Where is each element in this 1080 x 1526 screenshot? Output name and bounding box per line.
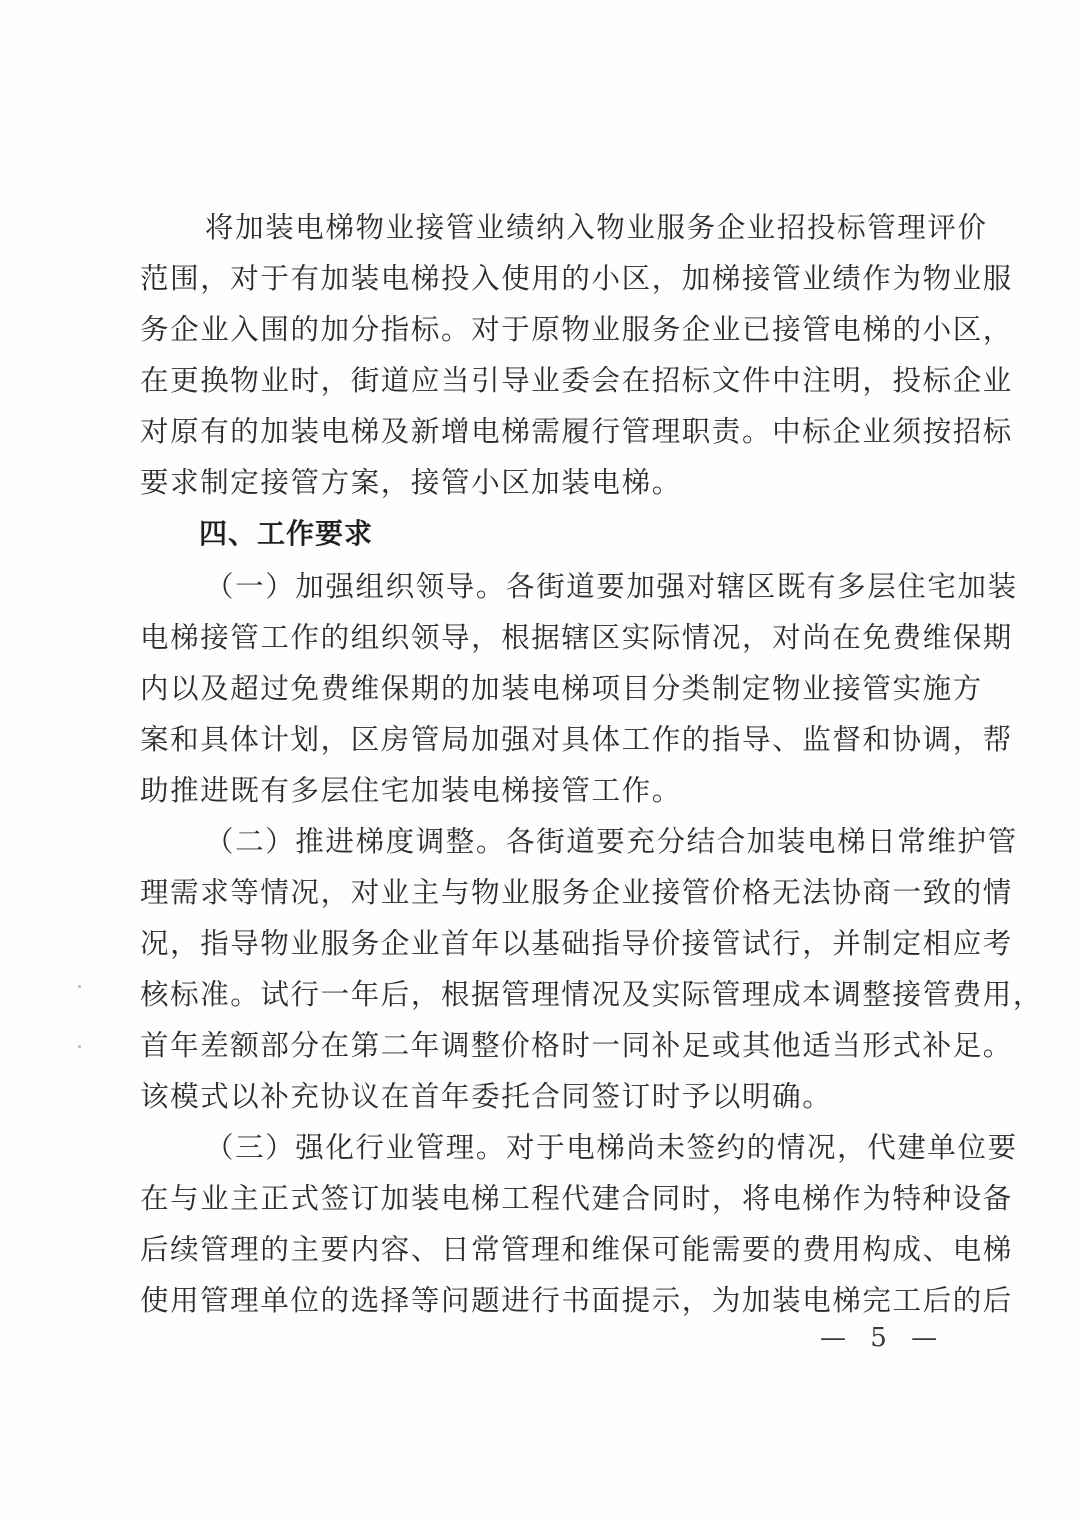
page-number: — 5 — bbox=[820, 1320, 945, 1356]
scan-speck bbox=[78, 985, 81, 988]
section-heading: 四、工作要求 bbox=[199, 514, 373, 554]
paragraph-line: 况，指导物业服务企业首年以基础指导价接管试行，并制定相应考 bbox=[140, 924, 960, 964]
paragraph-line: 务企业入围的加分指标。对于原物业服务企业已接管电梯的小区， bbox=[140, 310, 960, 350]
paragraph-line: 将加装电梯物业接管业绩纳入物业服务企业招投标管理评价 bbox=[205, 208, 960, 248]
paragraph-line: （一）加强组织领导。各街道要加强对辖区既有多层住宅加装 bbox=[205, 567, 960, 607]
paragraph-line: （三）强化行业管理。对于电梯尚未签约的情况，代建单位要 bbox=[205, 1128, 960, 1168]
document-page: 将加装电梯物业接管业绩纳入物业服务企业招投标管理评价 范围，对于有加装电梯投入使… bbox=[0, 0, 1080, 1526]
paragraph-line: 内以及超过免费维保期的加装电梯项目分类制定物业接管实施方 bbox=[140, 669, 960, 709]
paragraph-line: 电梯接管工作的组织领导，根据辖区实际情况，对尚在免费维保期 bbox=[140, 618, 960, 658]
paragraph-line: 范围，对于有加装电梯投入使用的小区，加梯接管业绩作为物业服 bbox=[140, 259, 960, 299]
paragraph-line: 在更换物业时，街道应当引导业委会在招标文件中注明，投标企业 bbox=[140, 361, 960, 401]
scan-speck bbox=[78, 1045, 81, 1048]
paragraph-line: 对原有的加装电梯及新增电梯需履行管理职责。中标企业须按招标 bbox=[140, 412, 960, 452]
paragraph-line: （二）推进梯度调整。各街道要充分结合加装电梯日常维护管 bbox=[205, 822, 960, 862]
paragraph-line: 理需求等情况，对业主与物业服务企业接管价格无法协商一致的情 bbox=[140, 873, 960, 913]
paragraph-line: 首年差额部分在第二年调整价格时一同补足或其他适当形式补足。 bbox=[140, 1026, 960, 1066]
paragraph-line: 该模式以补充协议在首年委托合同签订时予以明确。 bbox=[140, 1077, 960, 1117]
paragraph-line: 使用管理单位的选择等问题进行书面提示，为加装电梯完工后的后 bbox=[140, 1281, 960, 1321]
paragraph-line: 要求制定接管方案，接管小区加装电梯。 bbox=[140, 463, 960, 503]
paragraph-line: 核标准。试行一年后，根据管理情况及实际管理成本调整接管费用， bbox=[140, 975, 960, 1015]
paragraph-line: 后续管理的主要内容、日常管理和维保可能需要的费用构成、电梯 bbox=[140, 1230, 960, 1270]
paragraph-line: 案和具体计划，区房管局加强对具体工作的指导、监督和协调，帮 bbox=[140, 720, 960, 760]
paragraph-line: 助推进既有多层住宅加装电梯接管工作。 bbox=[140, 771, 960, 811]
paragraph-line: 在与业主正式签订加装电梯工程代建合同时，将电梯作为特种设备 bbox=[140, 1179, 960, 1219]
